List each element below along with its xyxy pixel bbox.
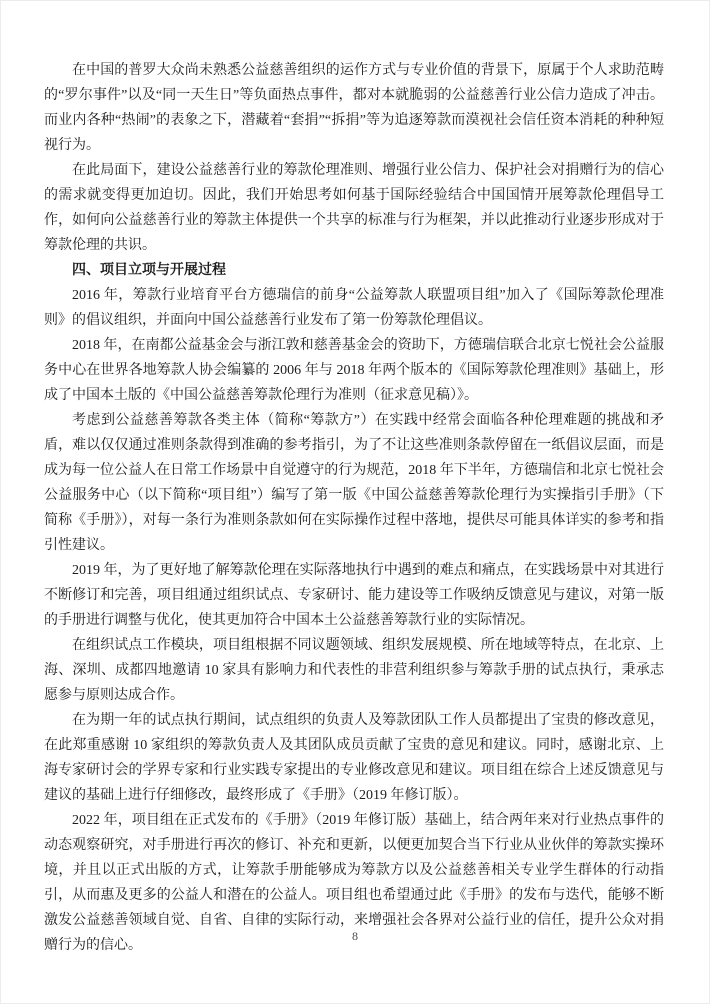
paragraph-2018: 2018 年，在南都公益基金会与浙江敦和慈善基金会的资助下，方德瑞信联合北京七悦… <box>44 333 664 408</box>
paragraph-intro-events: 在中国的普罗大众尚未熟悉公益慈善组织的运作方式与专业价值的背景下，原属于个人求助… <box>44 58 664 158</box>
paragraph-2016: 2016 年，筹款行业培育平台方德瑞信的前身“公益筹款人联盟项目组”加入了《国际… <box>44 283 664 333</box>
paragraph-motivation: 在此局面下，建设公益慈善行业的筹款伦理准则、增强行业公信力、保护社会对捐赠行为的… <box>44 158 664 258</box>
paragraph-pilot-feedback: 在为期一年的试点执行期间，试点组织的负责人及筹款团队工作人员都提出了宝贵的修改意… <box>44 708 664 808</box>
page-number: 8 <box>1 929 709 943</box>
paragraph-handbook-first-edition: 考虑到公益慈善筹款各类主体（简称“筹款方”）在实践中经常会面临各种伦理难题的挑战… <box>44 408 664 558</box>
section-heading-project-initiation: 四、项目立项与开展过程 <box>44 258 664 283</box>
document-body: 在中国的普罗大众尚未熟悉公益慈善组织的运作方式与专业价值的背景下，原属于个人求助… <box>44 58 664 958</box>
paragraph-pilot-organizations: 在组织试点工作模块，项目组根据不同议题领域、组织发展规模、所在地域等特点，在北京… <box>44 633 664 708</box>
paragraph-2019: 2019 年，为了更好地了解筹款伦理在实际落地执行中遇到的难点和痛点，在实践场景… <box>44 558 664 633</box>
document-page: 在中国的普罗大众尚未熟悉公益慈善组织的运作方式与专业价值的背景下，原属于个人求助… <box>0 0 710 1004</box>
